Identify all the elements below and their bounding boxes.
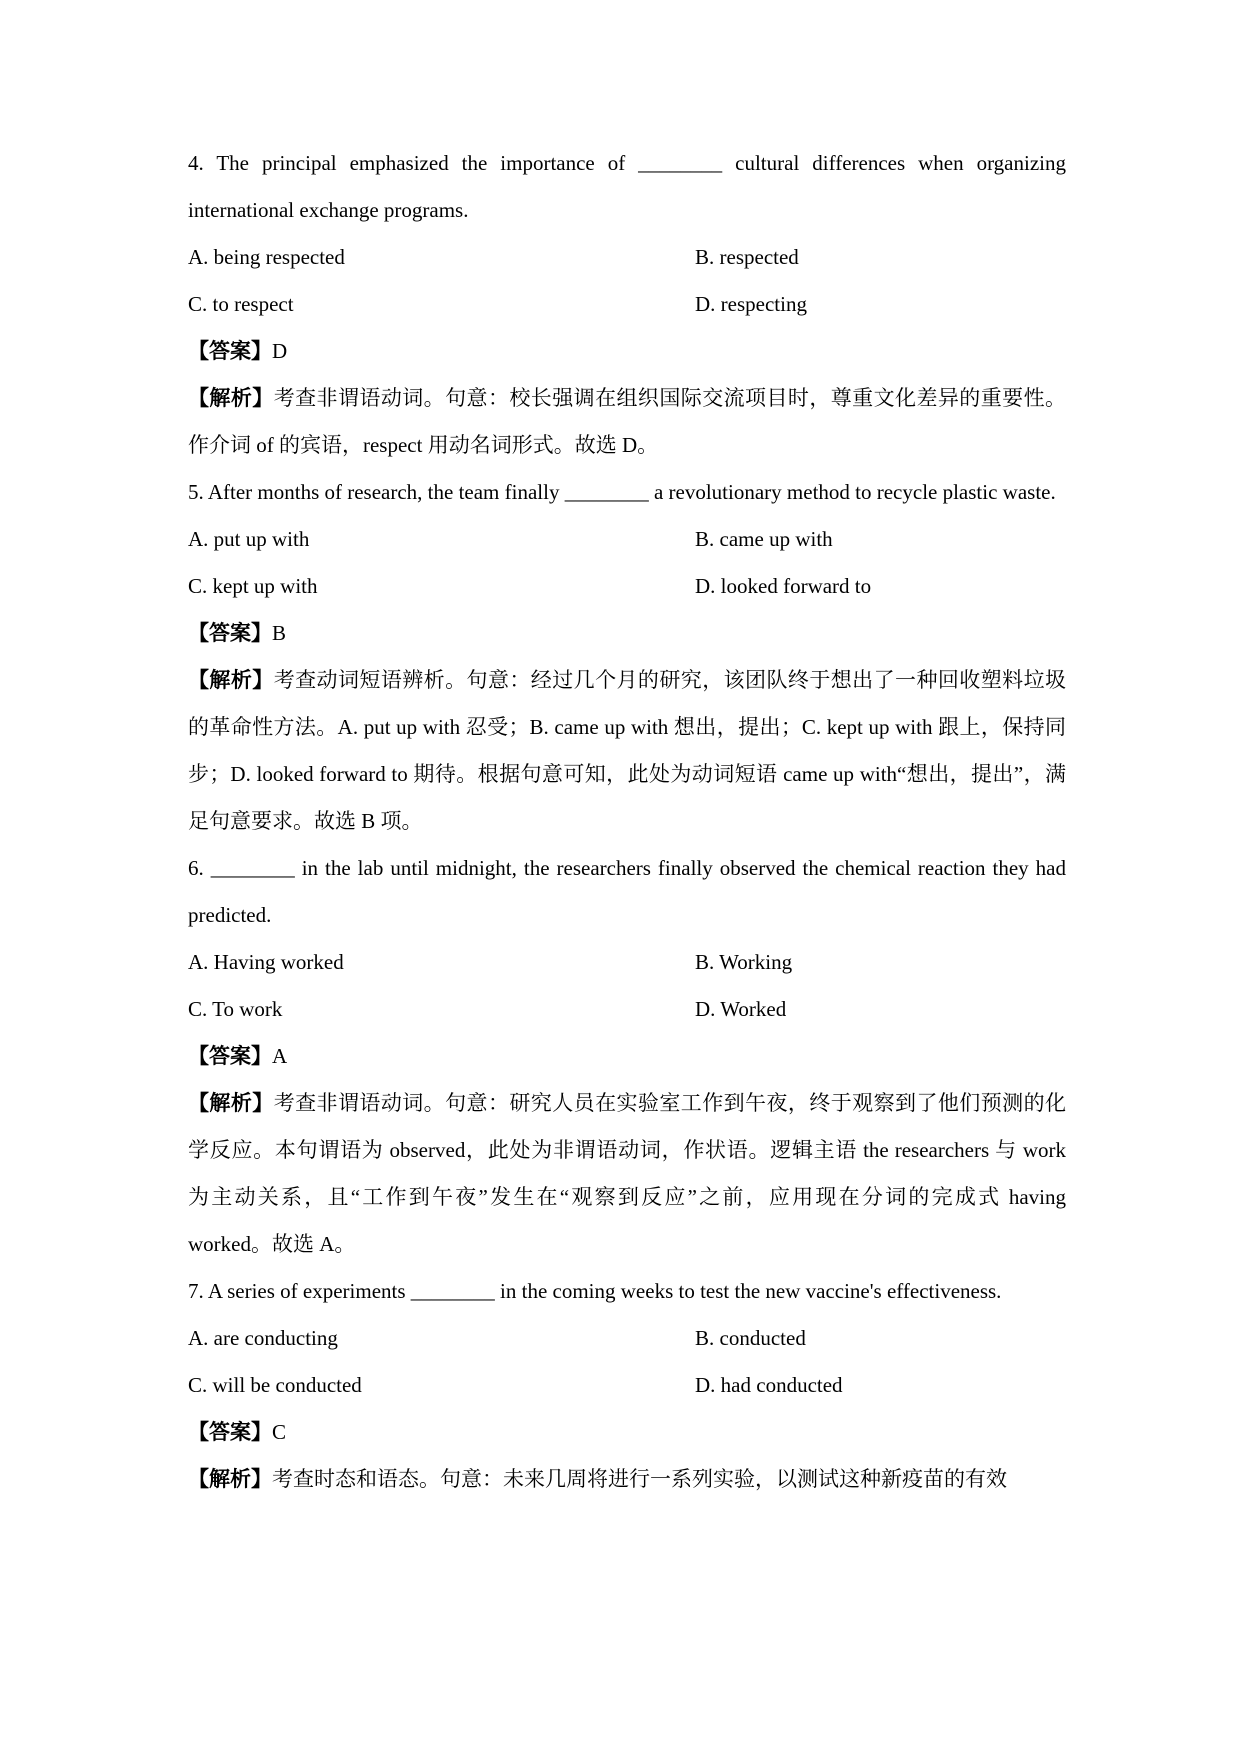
answer-value: A — [272, 1044, 287, 1068]
option-label: C. — [188, 1373, 207, 1397]
option-text: To work — [212, 997, 282, 1021]
option-text: are conducting — [214, 1326, 338, 1350]
option-text: had conducted — [721, 1373, 843, 1397]
option-text: Having worked — [214, 950, 344, 974]
option-label: A. — [188, 950, 208, 974]
question-6-block: 6. ________ in the lab until midnight, t… — [188, 845, 1066, 1268]
option-label: B. — [695, 527, 714, 551]
option-text: kept up with — [213, 574, 318, 598]
analysis-text: 考查动词短语辨析。句意：经过几个月的研究，该团队终于想出了一种回收塑料垃圾的革命… — [188, 668, 1066, 833]
option-text: Working — [719, 950, 792, 974]
options-row: A. put up with B. came up with — [188, 516, 1066, 563]
question-stem-text: ________ in the lab until midnight, the … — [188, 856, 1066, 927]
option-label: D. — [695, 292, 715, 316]
option-b: B. respected — [695, 234, 1066, 281]
option-label: A. — [188, 527, 208, 551]
option-text: will be conducted — [213, 1373, 362, 1397]
option-b: B. conducted — [695, 1315, 1066, 1362]
analysis-line: 【解析】考查动词短语辨析。句意：经过几个月的研究，该团队终于想出了一种回收塑料垃… — [188, 657, 1066, 845]
options-row: A. are conducting B. conducted — [188, 1315, 1066, 1362]
analysis-line: 【解析】考查非谓语动词。句意：研究人员在实验室工作到午夜，终于观察到了他们预测的… — [188, 1080, 1066, 1268]
question-number: 4. — [188, 151, 204, 175]
question-stem: 7. A series of experiments ________ in t… — [188, 1268, 1066, 1315]
answer-label: 【答案】 — [188, 339, 272, 363]
option-label: D. — [695, 574, 715, 598]
option-c: C. to respect — [188, 281, 695, 328]
option-text: came up with — [720, 527, 833, 551]
question-stem-text: The principal emphasized the importance … — [188, 151, 1066, 222]
question-number: 6. — [188, 856, 204, 880]
option-label: C. — [188, 292, 207, 316]
options-row: C. To work D. Worked — [188, 986, 1066, 1033]
option-b: B. Working — [695, 939, 1066, 986]
option-label: D. — [695, 997, 715, 1021]
answer-label: 【答案】 — [188, 1420, 272, 1444]
answer-label: 【答案】 — [188, 1044, 272, 1068]
option-label: A. — [188, 1326, 208, 1350]
analysis-label: 【解析】 — [188, 668, 274, 692]
option-text: conducted — [720, 1326, 806, 1350]
question-stem-text: After months of research, the team final… — [208, 480, 1056, 504]
answer-value: D — [272, 339, 287, 363]
option-c: C. will be conducted — [188, 1362, 695, 1409]
options-row: A. Having worked B. Working — [188, 939, 1066, 986]
option-text: respecting — [721, 292, 807, 316]
answer-line: 【答案】A — [188, 1033, 1066, 1080]
option-d: D. looked forward to — [695, 563, 1066, 610]
answer-value: B — [272, 621, 286, 645]
option-label: B. — [695, 950, 714, 974]
option-label: C. — [188, 997, 207, 1021]
options-row: C. will be conducted D. had conducted — [188, 1362, 1066, 1409]
options-row: C. kept up with D. looked forward to — [188, 563, 1066, 610]
option-a: A. are conducting — [188, 1315, 695, 1362]
option-d: D. respecting — [695, 281, 1066, 328]
question-stem: 5. After months of research, the team fi… — [188, 469, 1066, 516]
option-label: B. — [695, 245, 714, 269]
answer-label: 【答案】 — [188, 621, 272, 645]
answer-line: 【答案】D — [188, 328, 1066, 375]
option-c: C. kept up with — [188, 563, 695, 610]
question-stem-text: A series of experiments ________ in the … — [208, 1279, 1002, 1303]
exam-page-content: 4. The principal emphasized the importan… — [188, 140, 1066, 1503]
option-a: A. being respected — [188, 234, 695, 281]
question-7-block: 7. A series of experiments ________ in t… — [188, 1268, 1066, 1503]
option-text: put up with — [214, 527, 310, 551]
analysis-text: 考查时态和语态。句意：未来几周将进行一系列实验，以测试这种新疫苗的有效 — [272, 1467, 1007, 1491]
answer-line: 【答案】B — [188, 610, 1066, 657]
question-number: 5. — [188, 480, 204, 504]
answer-line: 【答案】C — [188, 1409, 1066, 1456]
option-text: to respect — [213, 292, 294, 316]
option-label: D. — [695, 1373, 715, 1397]
analysis-line: 【解析】考查非谓语动词。句意：校长强调在组织国际交流项目时，尊重文化差异的重要性… — [188, 375, 1066, 469]
question-5-block: 5. After months of research, the team fi… — [188, 469, 1066, 845]
option-text: respected — [720, 245, 799, 269]
question-number: 7. — [188, 1279, 204, 1303]
option-text: Worked — [720, 997, 786, 1021]
analysis-label: 【解析】 — [188, 386, 274, 410]
option-b: B. came up with — [695, 516, 1066, 563]
question-4-block: 4. The principal emphasized the importan… — [188, 140, 1066, 469]
option-d: D. had conducted — [695, 1362, 1066, 1409]
question-stem: 6. ________ in the lab until midnight, t… — [188, 845, 1066, 939]
options-row: A. being respected B. respected — [188, 234, 1066, 281]
option-a: A. Having worked — [188, 939, 695, 986]
analysis-line: 【解析】考查时态和语态。句意：未来几周将进行一系列实验，以测试这种新疫苗的有效 — [188, 1456, 1066, 1503]
option-text: looked forward to — [721, 574, 871, 598]
question-stem: 4. The principal emphasized the importan… — [188, 140, 1066, 234]
option-a: A. put up with — [188, 516, 695, 563]
option-text: being respected — [214, 245, 345, 269]
analysis-label: 【解析】 — [188, 1091, 274, 1115]
analysis-label: 【解析】 — [188, 1467, 272, 1491]
options-row: C. to respect D. respecting — [188, 281, 1066, 328]
option-label: B. — [695, 1326, 714, 1350]
analysis-text: 考查非谓语动词。句意：校长强调在组织国际交流项目时，尊重文化差异的重要性。作介词… — [188, 386, 1066, 457]
option-d: D. Worked — [695, 986, 1066, 1033]
answer-value: C — [272, 1420, 286, 1444]
option-label: A. — [188, 245, 208, 269]
analysis-text: 考查非谓语动词。句意：研究人员在实验室工作到午夜，终于观察到了他们预测的化学反应… — [188, 1091, 1066, 1256]
option-c: C. To work — [188, 986, 695, 1033]
option-label: C. — [188, 574, 207, 598]
